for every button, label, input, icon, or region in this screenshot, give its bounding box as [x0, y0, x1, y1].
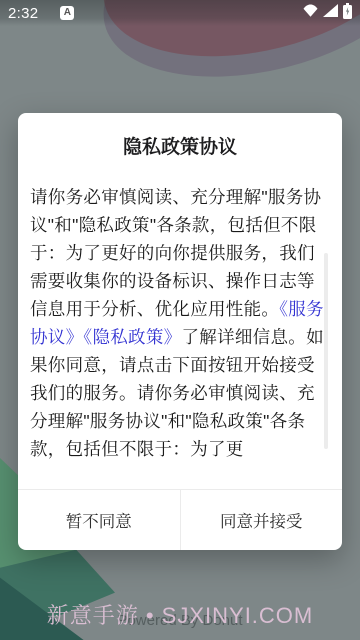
wifi-icon	[303, 4, 318, 22]
battery-icon	[343, 3, 352, 24]
privacy-policy-text: 请你务必审慎阅读、充分理解"服务协议"和"隐私政策"各条款，包括但不限于：为了更…	[30, 183, 332, 465]
dialog-title: 隐私政策协议	[18, 113, 342, 161]
accept-button[interactable]: 同意并接受	[181, 490, 343, 550]
policy-text-part1: 请你务必审慎阅读、充分理解"服务协议"和"隐私政策"各条款，包括但不限于：为了更…	[30, 187, 321, 319]
decline-button[interactable]: 暂不同意	[18, 490, 180, 550]
notification-badge-icon: A	[60, 6, 74, 20]
scrollbar-thumb[interactable]	[324, 253, 328, 449]
phone-screen: 2:32 A 隐私政策协议 请你务必审慎阅读、充分理解"服务协议"和"隐私政策"…	[0, 0, 360, 640]
site-watermark-text: 新意手游 • SJXINYI.COM	[0, 599, 360, 630]
status-bar: 2:32 A	[0, 0, 360, 26]
cellular-signal-icon	[323, 4, 338, 22]
privacy-policy-dialog: 隐私政策协议 请你务必审慎阅读、充分理解"服务协议"和"隐私政策"各条款，包括但…	[18, 113, 342, 550]
status-time: 2:32	[8, 5, 38, 22]
privacy-policy-link[interactable]: 《隐私政策》	[83, 327, 181, 347]
status-icons	[303, 3, 352, 24]
dialog-footer: 暂不同意 同意并接受	[18, 489, 342, 550]
